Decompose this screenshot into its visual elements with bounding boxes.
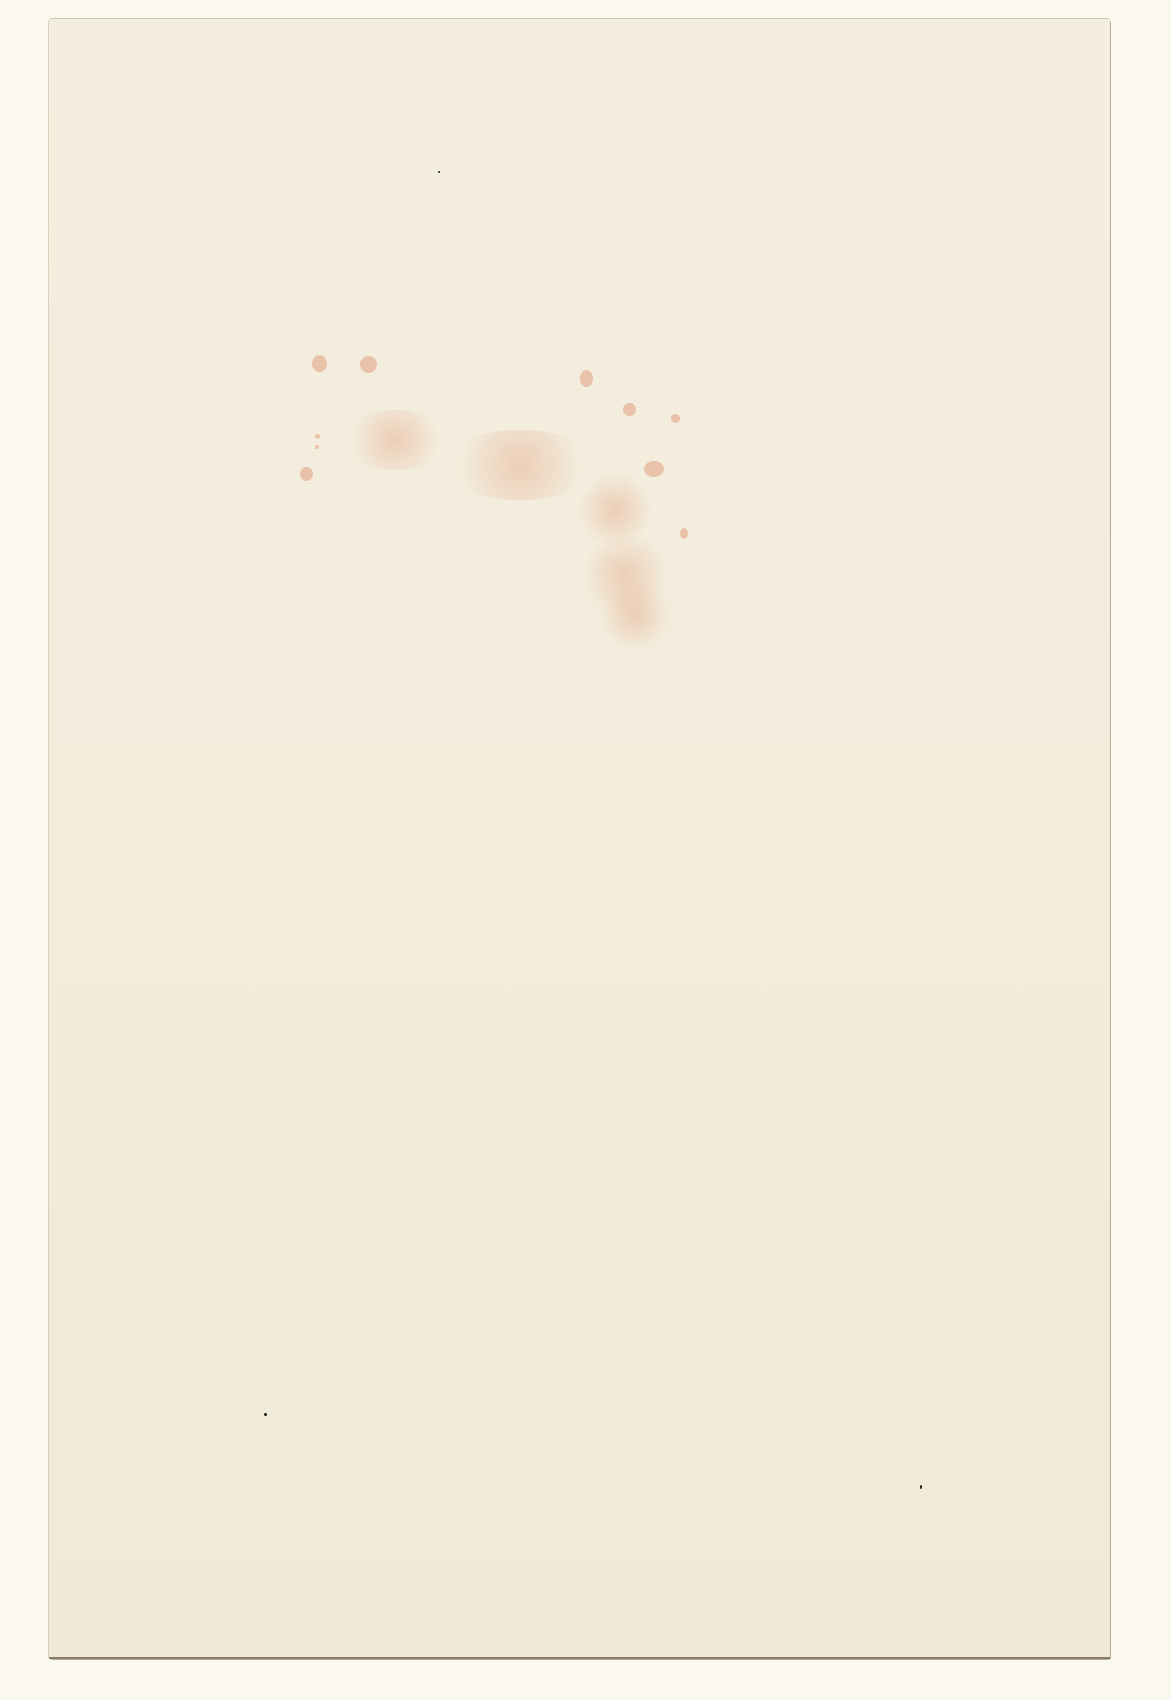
stain-spot: [312, 355, 327, 372]
stain-spot: [360, 356, 377, 373]
stain-speckle: [440, 430, 600, 500]
stain-speckle: [340, 410, 450, 470]
speck: [920, 1485, 922, 1489]
stain-spot: [671, 414, 680, 423]
stain-spot: [680, 528, 688, 539]
stain-spot: [623, 403, 636, 416]
stain-spot: [644, 461, 664, 477]
stain-spot: [580, 370, 593, 387]
stain-spot: [300, 467, 313, 481]
stain-speckle: [600, 580, 670, 650]
stain-spot: [315, 445, 319, 449]
paper-card: [49, 19, 1110, 1659]
speck: [264, 1413, 267, 1416]
stain-spot: [315, 434, 320, 439]
speck: [438, 171, 440, 173]
